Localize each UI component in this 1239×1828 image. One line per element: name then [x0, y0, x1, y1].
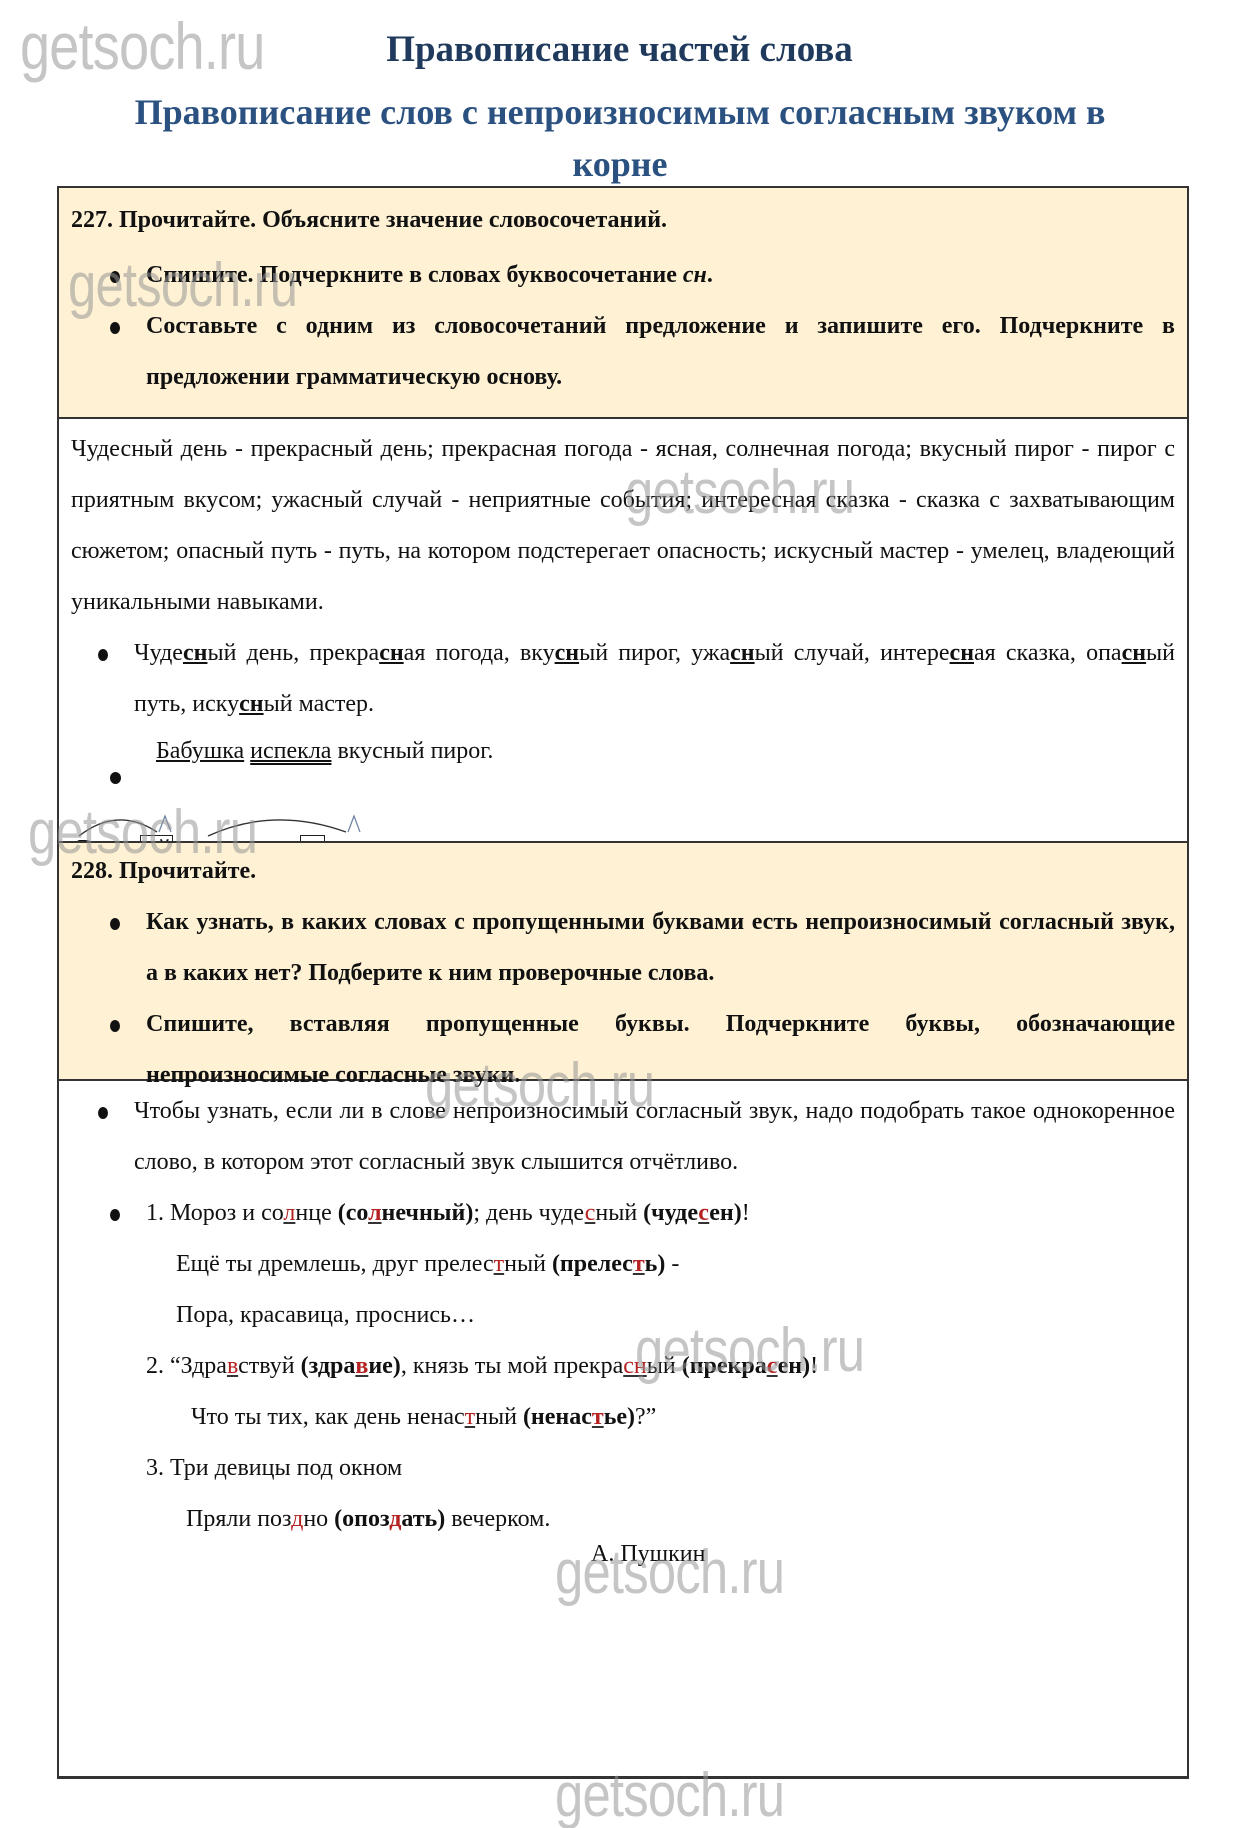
page-title: Правописание частей слова [0, 28, 1239, 71]
sn-words-list: Чудесный день, прекрасная погода, вкусны… [59, 628, 1175, 730]
poem-line: Пора, красавица, проснись… [71, 1290, 1175, 1341]
unpronounced-letter: т [592, 1404, 604, 1430]
subject: Бабушка [156, 738, 244, 764]
poem-line: Ещё ты дремлешь, друг прелестный (прелес… [71, 1239, 1175, 1290]
bullet-icon [110, 772, 121, 784]
sn-highlight: сн [555, 640, 579, 666]
sn-highlight: сн [183, 640, 207, 666]
unpronounced-letter: т [633, 1251, 645, 1277]
sentence-block: Бабушка испекла вкусный пирог. [71, 738, 1175, 798]
page-subtitle: Правописание слов с непроизносимым согла… [90, 86, 1150, 190]
sn-highlight: сн [1122, 640, 1146, 666]
task-bullet: Как узнать, в каких словах с пропущенным… [71, 897, 1175, 999]
answer-paragraph: Чудесный день - прекрасный день; прекрас… [71, 424, 1175, 628]
bullet-icon [110, 1209, 120, 1221]
unpronounced-letter: с [585, 1200, 596, 1226]
explanation: Чтобы узнать, если ли в слове непроизнос… [59, 1086, 1175, 1188]
task-heading: 228. Прочитайте. [71, 853, 1175, 889]
grammar-sentence: Бабушка испекла вкусный пирог. [156, 738, 493, 765]
unpronounced-letter: т [494, 1251, 505, 1277]
sn-highlight: сн [239, 691, 263, 717]
answer-228: Чтобы узнать, если ли в слове непроизнос… [71, 1086, 1175, 1567]
unpronounced-letter: в [355, 1353, 368, 1379]
sn-highlight: сн [730, 640, 754, 666]
sn-highlight: сн [950, 640, 974, 666]
task-227: 227. Прочитайте. Объясните значение слов… [59, 188, 1187, 419]
poem-line: 2. “Здравствуй (здравие), князь ты мой п… [71, 1341, 1175, 1392]
unpronounced-letter: л [283, 1200, 295, 1226]
predicate: испекла [250, 738, 331, 764]
task-bullet: Спишите. Подчеркните в словах буквосочет… [71, 250, 1175, 301]
answer-227: Чудесный день - прекрасный день; прекрас… [71, 424, 1175, 890]
task-228: 228. Прочитайте. Как узнать, в каких сло… [59, 841, 1187, 1081]
exercise-frame: 227. Прочитайте. Объясните значение слов… [57, 186, 1189, 1779]
unpronounced-letter: с [767, 1353, 778, 1379]
sn-highlight: сн [379, 640, 403, 666]
poem-line: Пряли поздно (опоздать) вечерком. [71, 1494, 1175, 1545]
unpronounced-letter: л [368, 1200, 381, 1226]
task-heading: 227. Прочитайте. Объясните значение слов… [71, 202, 1175, 238]
poem: 1. Мороз и солнце (солнечный); день чуде… [71, 1188, 1175, 1567]
unpronounced-letter: сн [623, 1353, 647, 1379]
unpronounced-letter: в [227, 1353, 238, 1379]
unpronounced-letter: д [389, 1506, 401, 1532]
poem-line: 1. Мороз и солнце (солнечный); день чуде… [71, 1188, 1175, 1239]
unpronounced-letter: д [291, 1506, 303, 1532]
poem-line: 3. Три девицы под окном [71, 1443, 1175, 1494]
poem-line: Что ты тих, как день ненастный (ненастье… [71, 1392, 1175, 1443]
unpronounced-letter: с [698, 1200, 709, 1226]
unpronounced-letter: т [465, 1404, 476, 1430]
task-bullet: Составьте с одним из словосочетаний пред… [71, 301, 1175, 403]
